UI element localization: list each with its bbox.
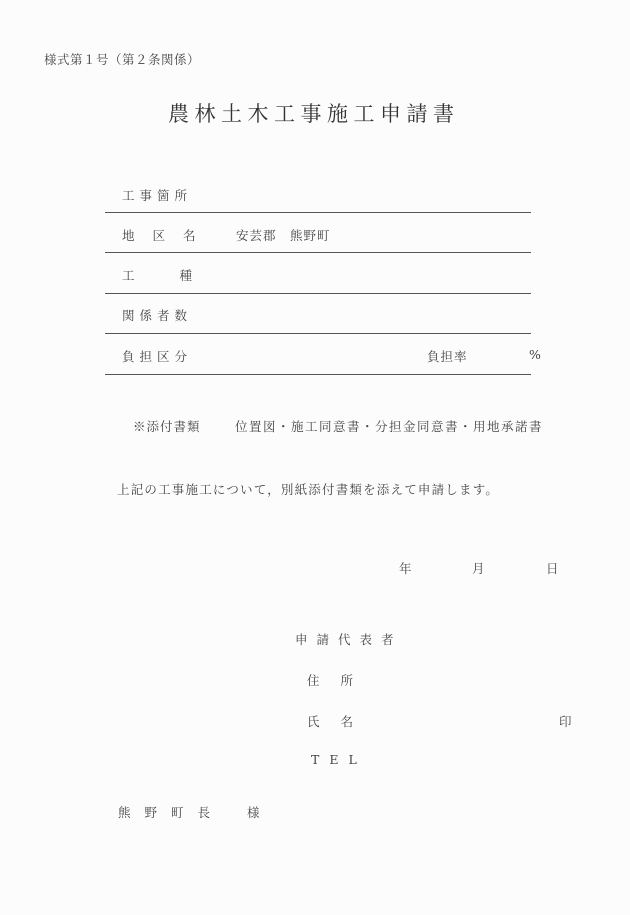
- field-district-name[interactable]: 安芸郡 熊野町: [236, 226, 331, 244]
- address-label: 住所: [307, 671, 374, 689]
- addressee-honorific: 様: [247, 803, 260, 821]
- seal-mark: 印: [559, 712, 572, 730]
- field-construction-site[interactable]: [236, 186, 526, 204]
- month-label: 月: [472, 559, 485, 577]
- field-work-type[interactable]: [236, 266, 526, 284]
- row-label-construction-site: 工事箇所: [122, 186, 192, 204]
- row-label-district-name: 地区名: [122, 226, 214, 244]
- field-name[interactable]: [370, 712, 550, 730]
- field-date-day[interactable]: [488, 559, 543, 577]
- field-tel[interactable]: [370, 752, 570, 770]
- addressee-name: 熊野町長: [118, 803, 224, 821]
- divider-line: [105, 212, 531, 213]
- form-number: 様式第１号（第２条関係）: [44, 50, 200, 68]
- field-cost-share-category[interactable]: [236, 347, 406, 365]
- year-label: 年: [399, 559, 412, 577]
- row-label-cost-share-category: 負担区分: [122, 347, 192, 365]
- name-label: 氏名: [307, 712, 374, 730]
- applicant-heading: 申請代表者: [295, 630, 403, 648]
- cost-share-rate-label: 負担率: [427, 347, 468, 365]
- field-stakeholder-count[interactable]: [236, 306, 526, 324]
- row-label-work-type: 工種: [122, 266, 237, 284]
- attachments-list: 位置図・施工同意書・分担金同意書・用地承諾書: [235, 417, 543, 435]
- application-statement: 上記の工事施工について，別紙添付書類を添えて申請します。: [117, 480, 499, 498]
- row-label-stakeholder-count: 関係者数: [122, 306, 192, 324]
- attachments-label: ※添付書類: [133, 417, 201, 435]
- field-date-month[interactable]: [415, 559, 470, 577]
- divider-line: [105, 374, 531, 375]
- divider-line: [105, 293, 531, 294]
- field-address[interactable]: [370, 671, 570, 689]
- divider-line: [105, 333, 531, 334]
- document-title: 農林土木工事施工申請書: [168, 98, 460, 128]
- divider-line: [105, 252, 531, 253]
- day-label: 日: [546, 559, 559, 577]
- tel-label: TEL: [311, 752, 367, 767]
- field-cost-share-rate[interactable]: [480, 347, 525, 365]
- percent-unit: %: [529, 347, 541, 362]
